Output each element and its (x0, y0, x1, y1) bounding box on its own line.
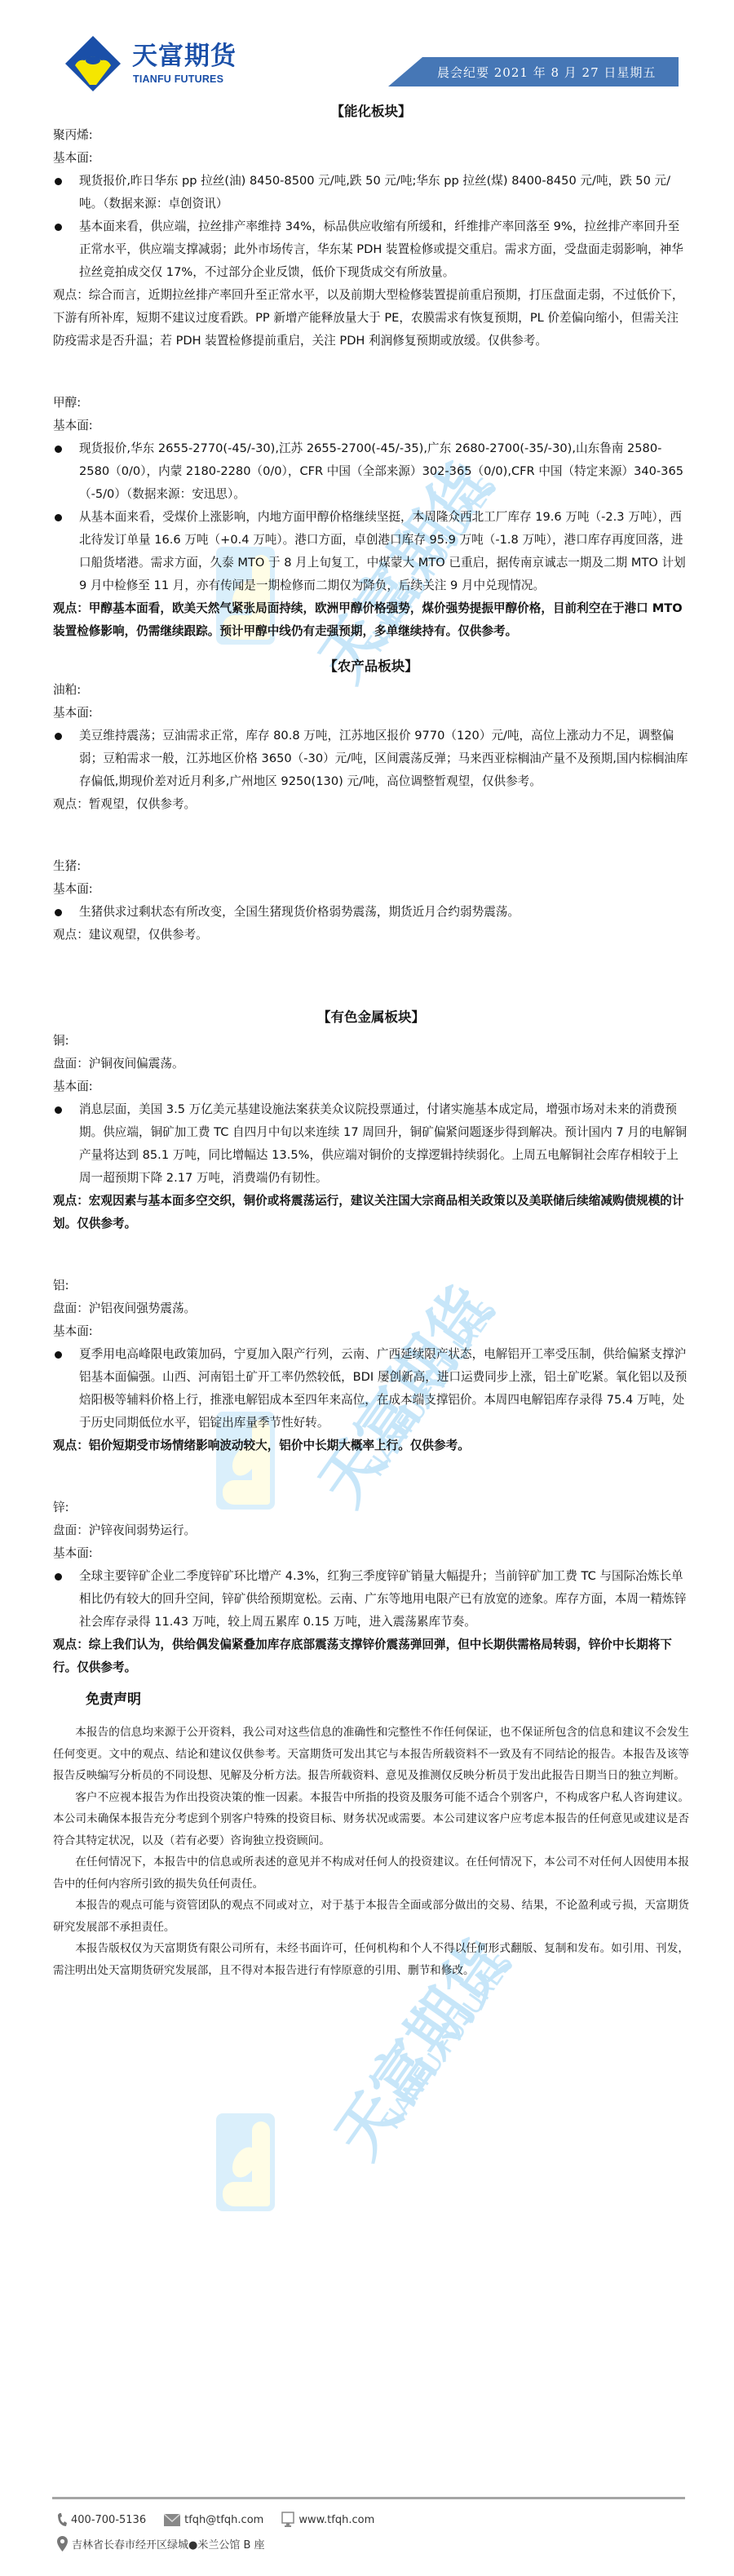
bullet-item: 现货报价,昨日华东 pp 拉丝(油) 8450-8500 元/吨,跌 50 元/… (53, 170, 689, 215)
bullet-dot-icon (55, 224, 62, 231)
report-date: 晨会纪要 2021 年 8 月 27 日星期五 (437, 64, 656, 81)
commodity-aluminum: 铝: 盘面：沪铝夜间强势震荡。 基本面: 夏季用电高峰限电政策加码，宁夏加入限产… (53, 1275, 689, 1457)
commodity-hog: 生猪: 基本面: 生猪供求过剩状态有所改变，全国生猪现货价格弱势震荡，期货近月合… (53, 855, 689, 947)
report-page: 天富期货 TIANFU FUTURES 天富期货 TIANFU FUTURES … (0, 0, 734, 2576)
bullet-dot-icon (55, 514, 62, 521)
logo-chinese-name: 天富期货 (132, 42, 237, 70)
section-title: 【能化板块】 (53, 100, 689, 124)
bullet-dot-icon (55, 1351, 62, 1359)
bullet-dot-icon (55, 446, 62, 453)
view-opinion: 观点：暂观望，仅供参考。 (53, 793, 689, 816)
bullet-item: 从基本面来看，受煤价上涨影响，内地方面甲醇价格继续坚挺，本周隆众西北工厂库存 1… (53, 506, 689, 597)
disclaimer-title: 免责声明 (86, 1686, 689, 1714)
commodity-name: 铝: (53, 1275, 689, 1297)
market-summary: 盘面：沪锌夜间弱势运行。 (53, 1519, 689, 1542)
company-logo: 天富期货 TIANFU FUTURES (64, 34, 259, 93)
footer-email[interactable]: tfqh@tfqh.com (164, 2512, 263, 2527)
commodity-name: 聚丙烯: (53, 124, 689, 147)
disclaimer: 免责声明 本报告的信息均来源于公开资料，我公司对这些信息的准确性和完整性不作任何… (53, 1686, 689, 1981)
fundamental-label: 基本面: (53, 1320, 689, 1343)
bullet-dot-icon (55, 1106, 62, 1114)
bullet-item: 现货报价,华东 2655-2770(-45/-30),江苏 2655-2700(… (53, 437, 689, 506)
commodity-polypropylene: 聚丙烯: 基本面: 现货报价,昨日华东 pp 拉丝(油) 8450-8500 元… (53, 124, 689, 352)
disclaimer-paragraph: 本报告的信息均来源于公开资料，我公司对这些信息的准确性和完整性不作任何保证，也不… (53, 1722, 689, 1787)
footer-address: 吉林省长春市经开区绿城●米兰公馆 B 座 (57, 2536, 283, 2552)
bullet-dot-icon (55, 178, 62, 185)
disclaimer-paragraph: 本报告版权仅为天富期货有限公司所有，未经书面许可，任何机构和个人不得以任何形式翻… (53, 1938, 689, 1981)
section-title: 【农产品板块】 (53, 654, 689, 679)
commodity-copper: 铜: 盘面：沪铜夜间偏震荡。 基本面: 消息层面，美国 3.5 万亿美元基建设施… (53, 1030, 689, 1235)
bullet-item: 消息层面，美国 3.5 万亿美元基建设施法案获美众议院投票通过，付诸实施基本成定… (53, 1098, 689, 1190)
section-metals: 【有色金属板块】 铜: 盘面：沪铜夜间偏震荡。 基本面: 消息层面，美国 3.5… (53, 1005, 689, 1679)
view-opinion: 观点：甲醇基本面看，欧美天然气紧张局面持续，欧洲甲醇价格强势，煤价强势提振甲醇价… (53, 597, 689, 643)
date-banner: 晨会纪要 2021 年 8 月 27 日星期五 (388, 57, 679, 86)
commodity-methanol: 甲醇: 基本面: 现货报价,华东 2655-2770(-45/-30),江苏 2… (53, 392, 689, 643)
commodity-name: 生猪: (53, 855, 689, 878)
bullet-item: 全球主要锌矿企业二季度锌矿环比增产 4.3%，红狗三季度锌矿销量大幅提升；当前锌… (53, 1565, 689, 1634)
location-pin-icon (57, 2536, 68, 2552)
footer-contacts: 400-700-5136 tfqh@tfqh.com www.tfqh.com (57, 2512, 392, 2528)
fundamental-label: 基本面: (53, 147, 689, 170)
watermark-logo-card (216, 2113, 275, 2211)
bullet-dot-icon (55, 909, 62, 916)
mail-icon (164, 2512, 180, 2527)
fundamental-label: 基本面: (53, 702, 689, 725)
bullet-item: 生猪供求过剩状态有所改变，全国生猪现货价格弱势震荡，期货近月合约弱势震荡。 (53, 901, 689, 924)
phone-icon (57, 2512, 67, 2527)
bullet-dot-icon (55, 733, 62, 740)
market-summary: 盘面：沪铜夜间偏震荡。 (53, 1053, 689, 1075)
fundamental-label: 基本面: (53, 878, 689, 901)
bullet-dot-icon (55, 1573, 62, 1581)
section-energy: 【能化板块】 聚丙烯: 基本面: 现货报价,昨日华东 pp 拉丝(油) 8450… (53, 100, 689, 643)
section-title: 【有色金属板块】 (53, 1005, 689, 1030)
commodity-zinc: 锌: 盘面：沪锌夜间弱势运行。 基本面: 全球主要锌矿企业二季度锌矿环比增产 4… (53, 1496, 689, 1679)
bullet-item: 美豆维持震荡；豆油需求正常，库存 80.8 万吨，江苏地区报价 9770（120… (53, 725, 689, 793)
bullet-item: 夏季用电高峰限电政策加码，宁夏加入限产行列，云南、广西延续限产状态，电解铝开工率… (53, 1343, 689, 1434)
view-opinion: 观点：宏观因素与基本面多空交织，铜价或将震荡运行，建议关注国大宗商品相关政策以及… (53, 1190, 689, 1235)
footer-website[interactable]: www.tfqh.com (281, 2512, 374, 2528)
view-opinion: 观点：建议观望，仅供参考。 (53, 924, 689, 947)
footer-divider (52, 2497, 685, 2499)
view-opinion: 观点：综上我们认为，供给偶发偏紧叠加库存底部震荡支撑锌价震荡弹回弹，但中长期供需… (53, 1634, 689, 1679)
commodity-name: 油粕: (53, 679, 689, 702)
logo-english-name: TIANFU FUTURES (133, 73, 223, 85)
footer-phone: 400-700-5136 (57, 2512, 146, 2527)
logo-diamond-icon (64, 34, 122, 93)
commodity-name: 锌: (53, 1496, 689, 1519)
bullet-item: 基本面来看，供应端，拉丝排产率维持 34%，标品供应收缩有所缓和，纤维排产率回落… (53, 215, 689, 284)
disclaimer-paragraph: 在任何情况下，本报告中的信息或所表述的意见并不构成对任何人的投资建议。在任何情况… (53, 1851, 689, 1895)
fundamental-label: 基本面: (53, 415, 689, 437)
fundamental-label: 基本面: (53, 1542, 689, 1565)
section-agriculture: 【农产品板块】 油粕: 基本面: 美豆维持震荡；豆油需求正常，库存 80.8 万… (53, 654, 689, 947)
disclaimer-paragraph: 本报告的观点可能与资管团队的观点不同或对立，对于基于本报告全面或部分做出的交易、… (53, 1895, 689, 1938)
report-header: 天富期货 TIANFU FUTURES 晨会纪要 2021 年 8 月 27 日… (0, 0, 734, 90)
commodity-name: 铜: (53, 1030, 689, 1053)
report-body: 【能化板块】 聚丙烯: 基本面: 现货报价,昨日华东 pp 拉丝(油) 8450… (53, 100, 689, 1981)
view-opinion: 观点：铝价短期受市场情绪影响波动较大，铝价中长期大概率上行。仅供参考。 (53, 1434, 689, 1457)
view-opinion: 观点：综合而言，近期拉丝排产率回升至正常水平，以及前期大型检修装置提前重启预期，… (53, 284, 689, 352)
monitor-icon (281, 2512, 294, 2528)
commodity-oil-meal: 油粕: 基本面: 美豆维持震荡；豆油需求正常，库存 80.8 万吨，江苏地区报价… (53, 679, 689, 816)
disclaimer-paragraph: 客户不应视本报告为作出投资决策的惟一因素。本报告中所指的投资及服务可能不适合个别… (53, 1787, 689, 1852)
commodity-name: 甲醇: (53, 392, 689, 415)
fundamental-label: 基本面: (53, 1075, 689, 1098)
market-summary: 盘面：沪铝夜间强势震荡。 (53, 1297, 689, 1320)
